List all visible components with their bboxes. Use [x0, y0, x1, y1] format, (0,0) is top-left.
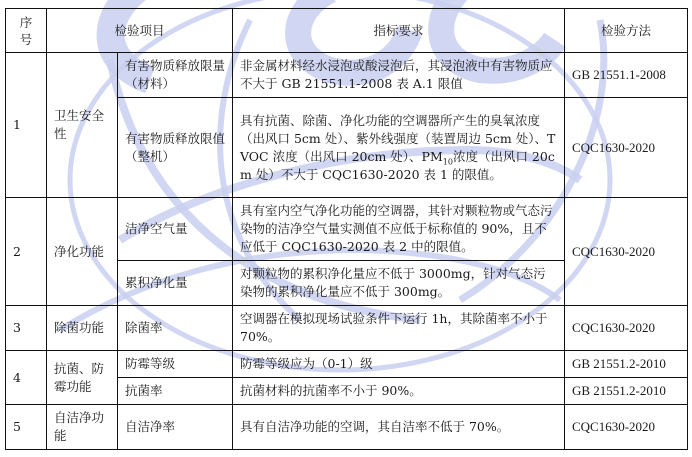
row-method: CQC1630-2020 [565, 98, 688, 198]
row-item: 自洁净率 [118, 405, 233, 450]
row-index: 4 [6, 351, 47, 405]
row-item: 有害物质释放限量（材料） [118, 53, 233, 98]
row-item: 抗菌率 [118, 378, 233, 405]
row-category: 卫生安全性 [47, 53, 118, 198]
row-item: 累积净化量 [118, 261, 233, 306]
table-row: 3 除菌功能 除菌率 空调器在模拟现场试验条件下运行 1h，其除菌率不小于 70… [6, 306, 688, 351]
row-requirement: 具有自洁净功能的空调，其自洁率不低于 70%。 [233, 405, 565, 450]
row-method: GB 21551.2-2010 [565, 378, 688, 405]
row-item: 有害物质释放限值（整机） [118, 98, 233, 198]
row-category: 抗菌、防霉功能 [47, 351, 118, 405]
table-row: 1 卫生安全性 有害物质释放限量（材料） 非金属材料经水浸泡或酸浸泡后，其浸泡液… [6, 53, 688, 98]
row-method: GB 21551.2-2010 [565, 351, 688, 378]
table-row: 4 抗菌、防霉功能 防霉等级 防霉等级应为（0-1）级 GB 21551.2-2… [6, 351, 688, 378]
inspection-spec-table: 序号 检验项目 指标要求 检验方法 1 卫生安全性 有害物质释放限量（材料） 非… [5, 8, 688, 450]
row-requirement: 非金属材料经水浸泡或酸浸泡后，其浸泡液中有害物质应不大于 GB 21551.1-… [233, 53, 565, 98]
subscript-10: 10 [443, 157, 453, 166]
row-requirement: 抗菌材料的抗菌率不小于 90%。 [233, 378, 565, 405]
row-index: 2 [6, 198, 47, 306]
row-method: CQC1630-2020 [565, 405, 688, 450]
table-row: 2 净化功能 洁净空气量 具有室内空气净化功能的空调器，其针对颗粒物或气态污染物… [6, 198, 688, 261]
row-category: 自洁净功能 [47, 405, 118, 450]
row-index: 1 [6, 53, 47, 198]
row-method: GB 21551.1-2008 [565, 53, 688, 98]
row-category: 净化功能 [47, 198, 118, 306]
header-index: 序号 [6, 9, 47, 53]
header-requirement: 指标要求 [233, 9, 565, 53]
row-category: 除菌功能 [47, 306, 118, 351]
table-row: 5 自洁净功能 自洁净率 具有自洁净功能的空调，其自洁率不低于 70%。 CQC… [6, 405, 688, 450]
row-method: CQC1630-2020 [565, 198, 688, 306]
row-item: 防霉等级 [118, 351, 233, 378]
row-requirement: 防霉等级应为（0-1）级 [233, 351, 565, 378]
row-item: 洁净空气量 [118, 198, 233, 261]
row-requirement: 空调器在模拟现场试验条件下运行 1h，其除菌率不小于 70%。 [233, 306, 565, 351]
header-item: 检验项目 [47, 9, 233, 53]
header-method: 检验方法 [565, 9, 688, 53]
row-requirement: 具有室内空气净化功能的空调器，其针对颗粒物或气态污染物的洁净空气量实测值不应低于… [233, 198, 565, 261]
row-index: 5 [6, 405, 47, 450]
row-requirement: 具有抗菌、除菌、净化功能的空调器所产生的臭氧浓度（出风口 5cm 处）、紫外线强… [233, 98, 565, 198]
row-method: CQC1630-2020 [565, 306, 688, 351]
row-index: 3 [6, 306, 47, 351]
row-requirement: 对颗粒物的累积净化量应不低于 3000mg，针对气态污染物的累积净化量应不低于 … [233, 261, 565, 306]
row-item: 除菌率 [118, 306, 233, 351]
table-header-row: 序号 检验项目 指标要求 检验方法 [6, 9, 688, 53]
